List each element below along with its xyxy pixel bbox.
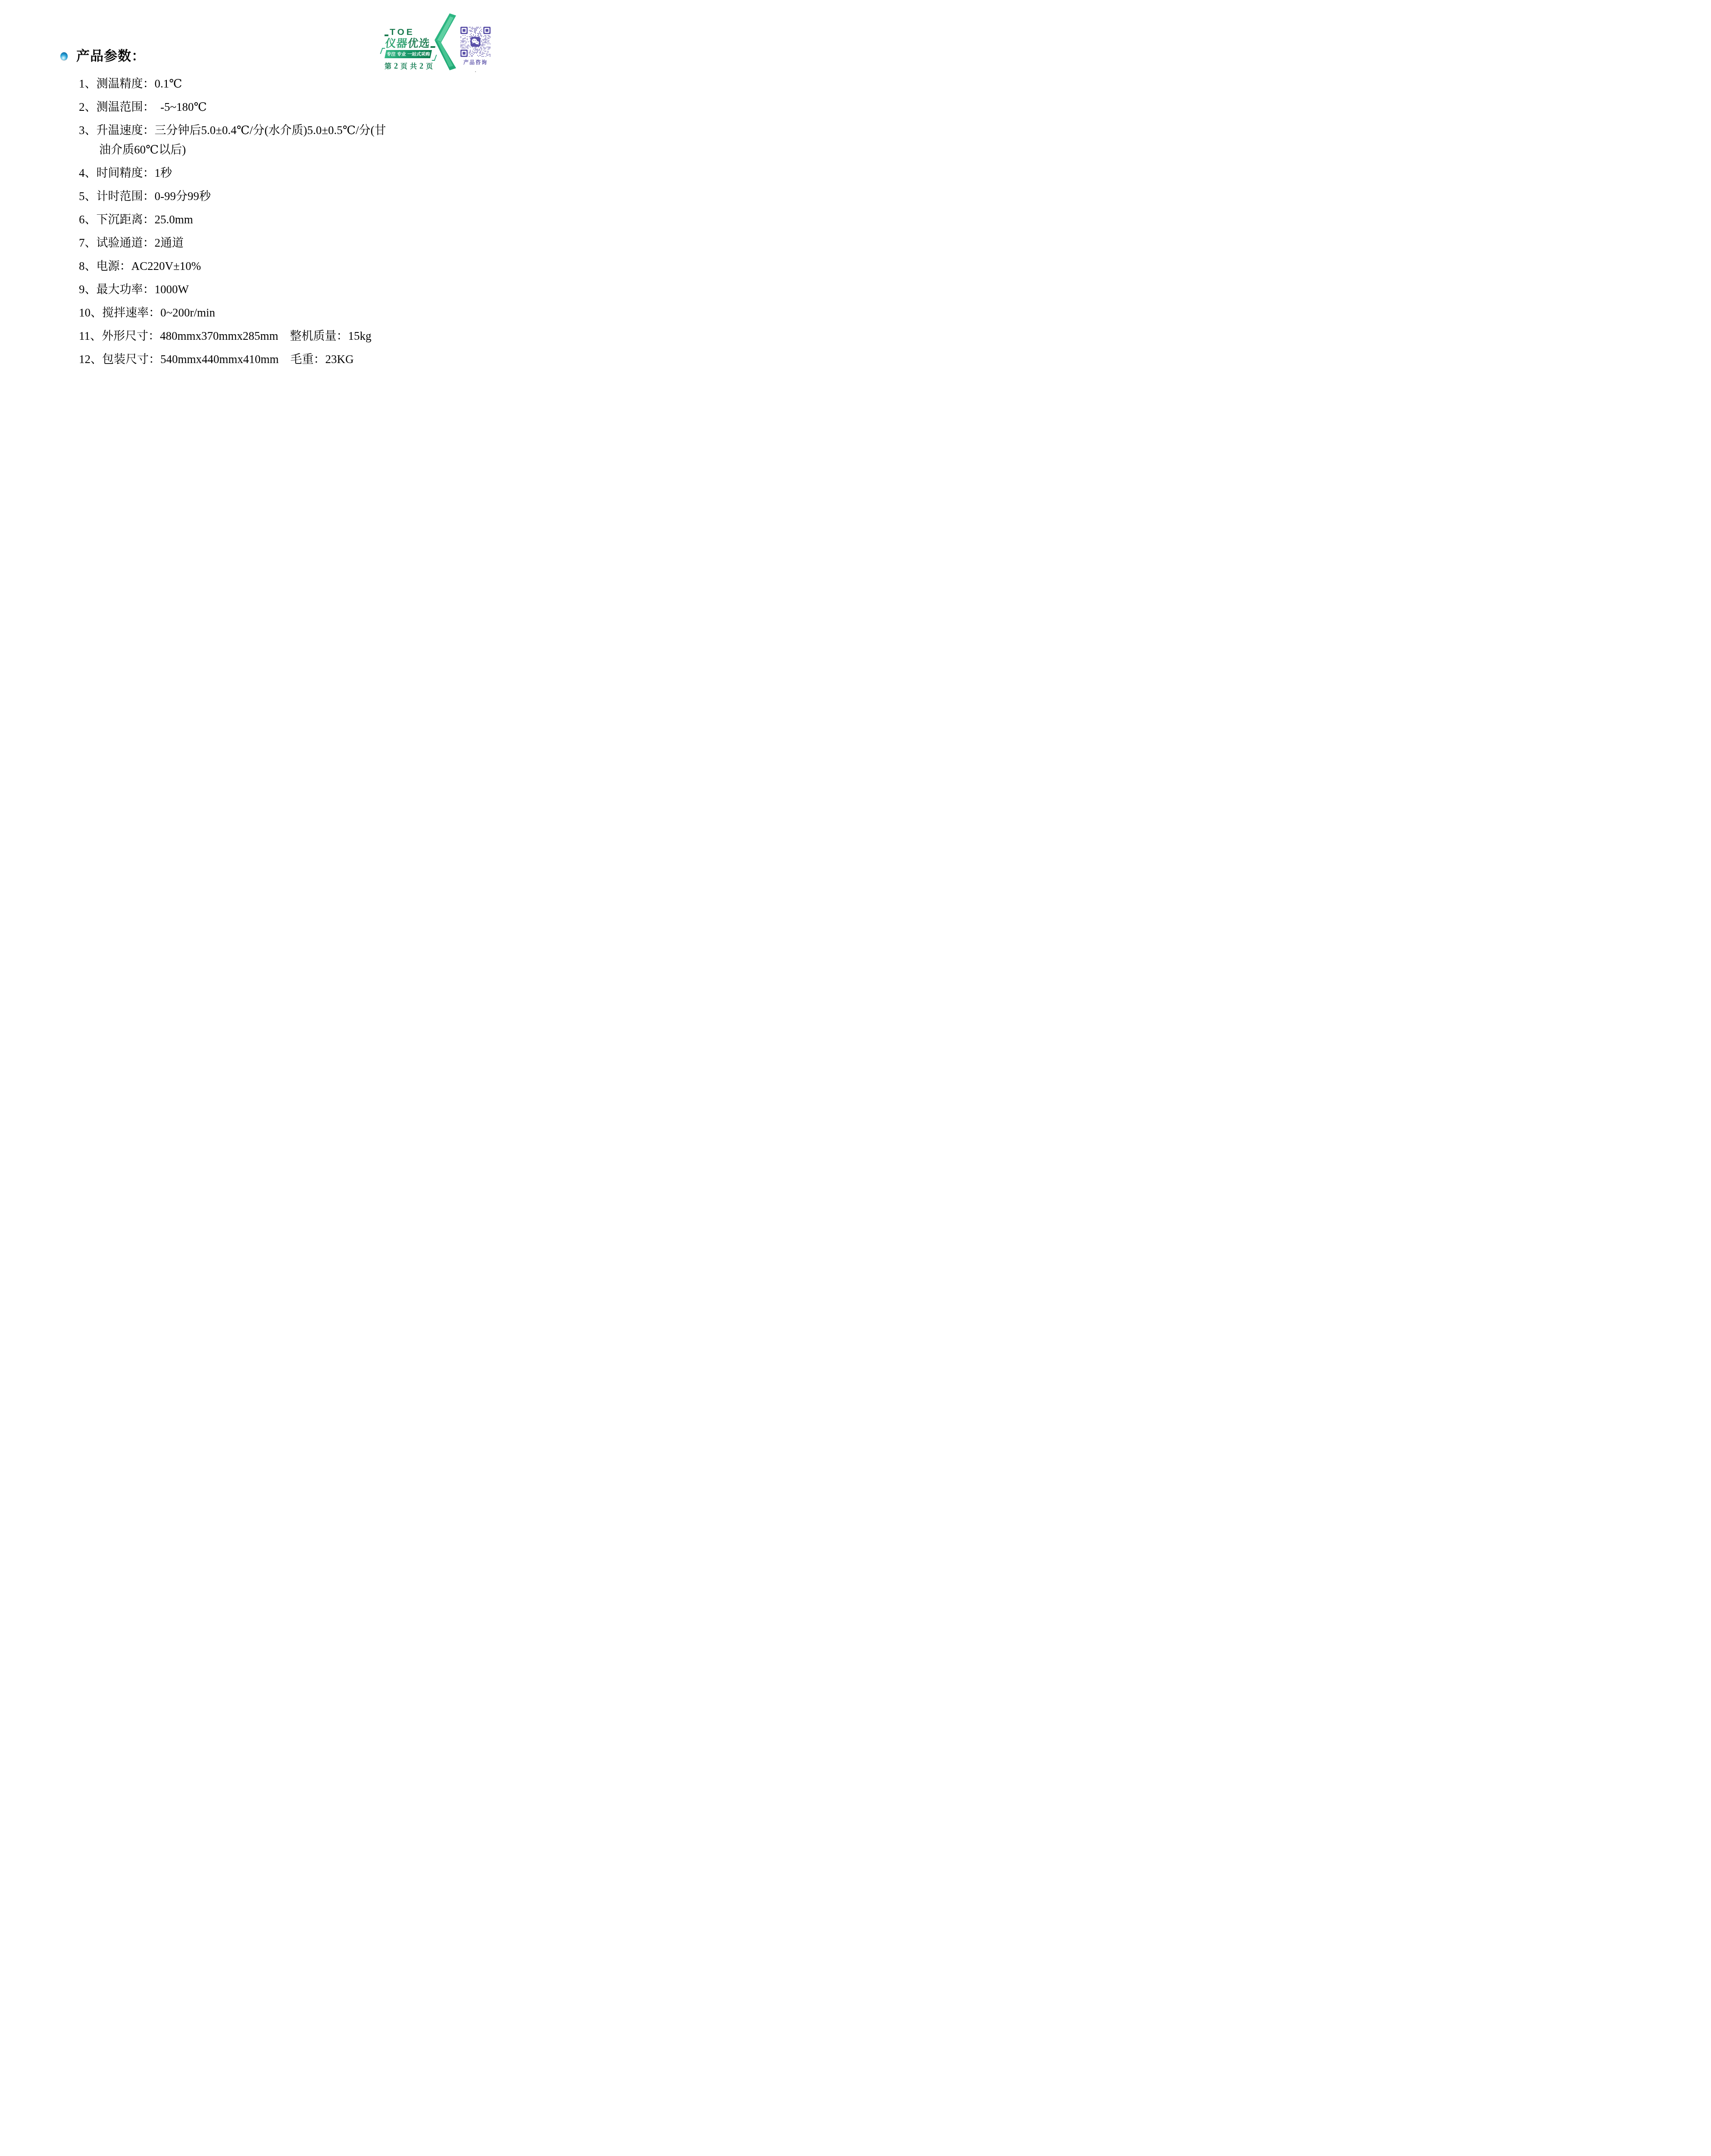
list-item: 3、升温速度：三分钟后5.0±0.4℃/分(水介质)5.0±0.5℃/分(甘 油…: [79, 121, 493, 160]
list-item: 1、测温精度：0.1℃: [79, 74, 493, 94]
list-item: 7、试验通道：2通道: [79, 233, 493, 253]
document-page: TOE 仪器优选 专注 专业 一站式采购 第 2 页 共 2 页 产品咨询 .: [0, 0, 513, 726]
page-title: 产品参数：: [76, 47, 145, 66]
brand-block: TOE 仪器优选 专注 专业 一站式采购 第 2 页 共 2 页 产品咨询 .: [385, 13, 491, 72]
page-number-label: 第 2 页 共 2 页: [385, 61, 432, 71]
page-label-text: 第: [385, 63, 394, 70]
banner-slogan-text: 专注 专业 一站式采购: [386, 51, 430, 57]
slogan-banner: 专注 专业 一站式采购: [385, 50, 432, 58]
list-item: 2、测温范围： -5~180℃: [79, 97, 493, 117]
banner-ribbon: 专注 专业 一站式采购: [385, 50, 432, 58]
chevron-arrow-icon: [434, 13, 457, 70]
list-item: 8、电源：AC220V±10%: [79, 257, 493, 276]
logo-toe-text: TOE: [385, 27, 432, 38]
list-item: 5、计时范围：0-99分99秒: [79, 187, 493, 206]
logo-subtitle-part2: 优选: [407, 38, 436, 50]
blue-sphere-bullet-icon: [60, 52, 68, 60]
qr-caption: 产品咨询: [463, 59, 488, 66]
qr-column: 产品咨询 .: [460, 13, 491, 72]
logo-column: TOE 仪器优选 专注 专业 一站式采购 第 2 页 共 2 页: [385, 13, 432, 71]
list-item: 4、时间精度：1秒: [79, 163, 493, 183]
list-item: 12、包装尺寸：540mmx440mmx410mm 毛重：23KG: [79, 350, 493, 369]
list-item: 10、搅拌速率：0~200r/min: [79, 303, 493, 323]
logo-subtitle-part1: 仪器: [385, 38, 408, 50]
qr-code: [460, 27, 491, 57]
list-item: 9、最大功率：1000W: [79, 280, 493, 299]
page-label-text: 页 共: [398, 63, 419, 70]
logo-subtitle: 仪器优选: [385, 38, 433, 50]
section-heading: 产品参数：: [60, 47, 145, 66]
list-item: 6、下沉距离：25.0mm: [79, 210, 493, 229]
spec-list: 1、测温精度：0.1℃ 2、测温范围： -5~180℃ 3、升温速度：三分钟后5…: [79, 74, 493, 373]
qr-footnote-dot: .: [475, 68, 476, 72]
list-item: 11、外形尺寸：480mmx370mmx285mm 整机质量：15kg: [79, 326, 493, 346]
banner-echo-left-decoration: [380, 48, 385, 54]
page-total-number: 2: [419, 62, 424, 70]
page-current-number: 2: [394, 62, 398, 70]
page-label-text: 页: [424, 63, 433, 70]
